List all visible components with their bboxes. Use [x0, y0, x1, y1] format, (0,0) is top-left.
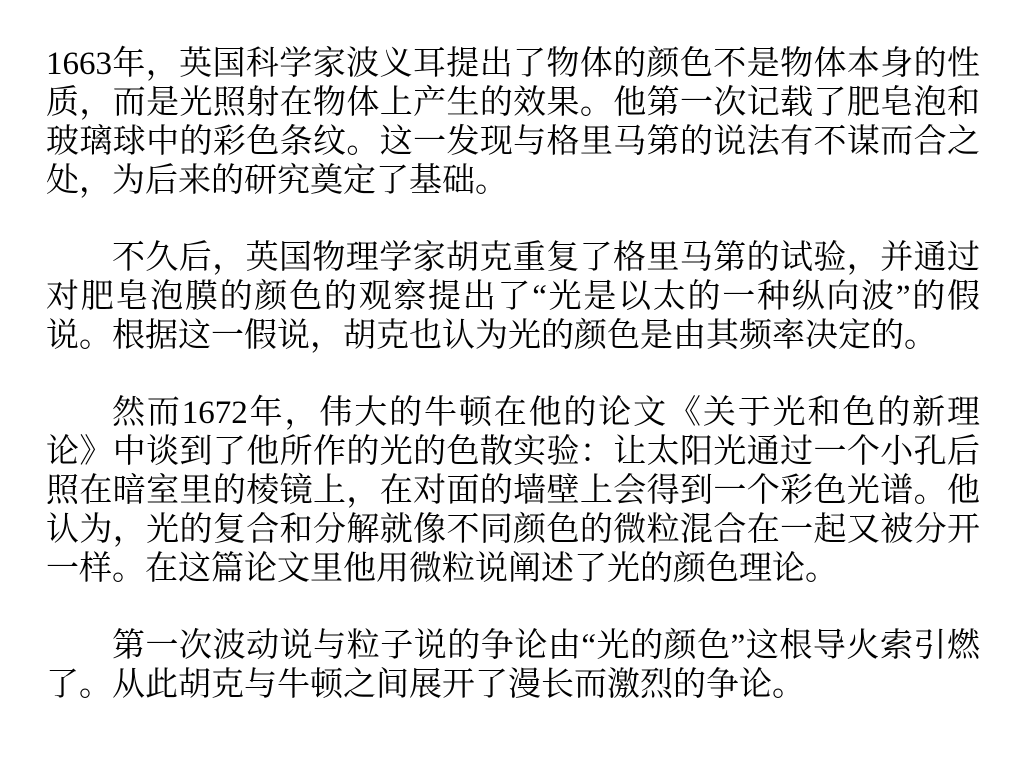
paragraph-boyle-1663: 1663年，英国科学家波义耳提出了物体的颜色不是物体本身的性质，而是光照射在物体… [46, 45, 980, 201]
slide-page: 1663年，英国科学家波义耳提出了物体的颜色不是物体本身的性质，而是光照射在物体… [0, 0, 1024, 768]
paragraph-wave-particle-debate: 第一次波动说与粒子说的争论由“光的颜色”这根导火索引燃了。从此胡克与牛顿之间展开… [46, 627, 980, 705]
paragraph-newton-1672: 然而1672年，伟大的牛顿在他的论文《关于光和色的新理论》中谈到了他所作的光的色… [46, 394, 980, 589]
paragraph-hooke: 不久后，英国物理学家胡克重复了格里马第的试验，并通过对肥皂泡膜的颜色的观察提出了… [46, 239, 980, 356]
